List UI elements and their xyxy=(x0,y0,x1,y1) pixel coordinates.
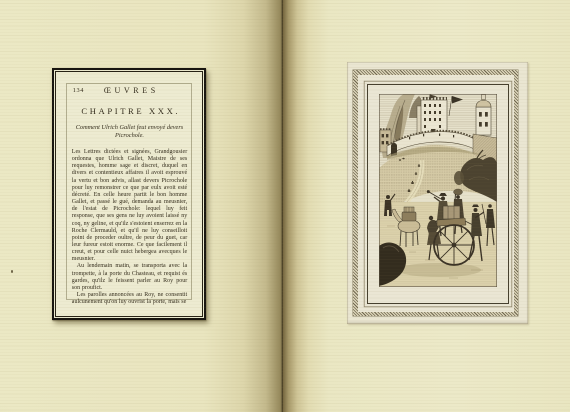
body-paragraph: Les parolles annoncées au Roy, ne consen… xyxy=(72,292,187,306)
engraving-illustration xyxy=(379,94,497,287)
body-paragraph: Les Lettres dictées et signées, Grandgou… xyxy=(72,149,187,264)
chapter-title: CHAPITRE XXX. xyxy=(72,106,187,116)
left-page: 134 ŒUVRES CHAPITRE XXX. Comment Ulrich … xyxy=(0,0,283,412)
body-paragraph: Au lendemain matin, se transporta avec l… xyxy=(72,263,187,292)
running-head-row: 134 ŒUVRES xyxy=(72,86,187,96)
plate-mark xyxy=(347,62,528,324)
right-page xyxy=(283,0,570,412)
page-number: 134 xyxy=(73,87,84,94)
running-header: ŒUVRES xyxy=(72,86,187,95)
page-content: 134 ŒUVRES CHAPITRE XXX. Comment Ulrich … xyxy=(72,86,187,296)
open-book-photograph: 134 ŒUVRES CHAPITRE XXX. Comment Ulrich … xyxy=(0,0,570,412)
text-frame: 134 ŒUVRES CHAPITRE XXX. Comment Ulrich … xyxy=(52,68,206,320)
paper-speck xyxy=(11,270,13,273)
frame-inner-rule: 134 ŒUVRES CHAPITRE XXX. Comment Ulrich … xyxy=(55,71,203,317)
chapter-subtitle: Comment Ulrich Gallet feut envoyé devers… xyxy=(74,124,186,141)
